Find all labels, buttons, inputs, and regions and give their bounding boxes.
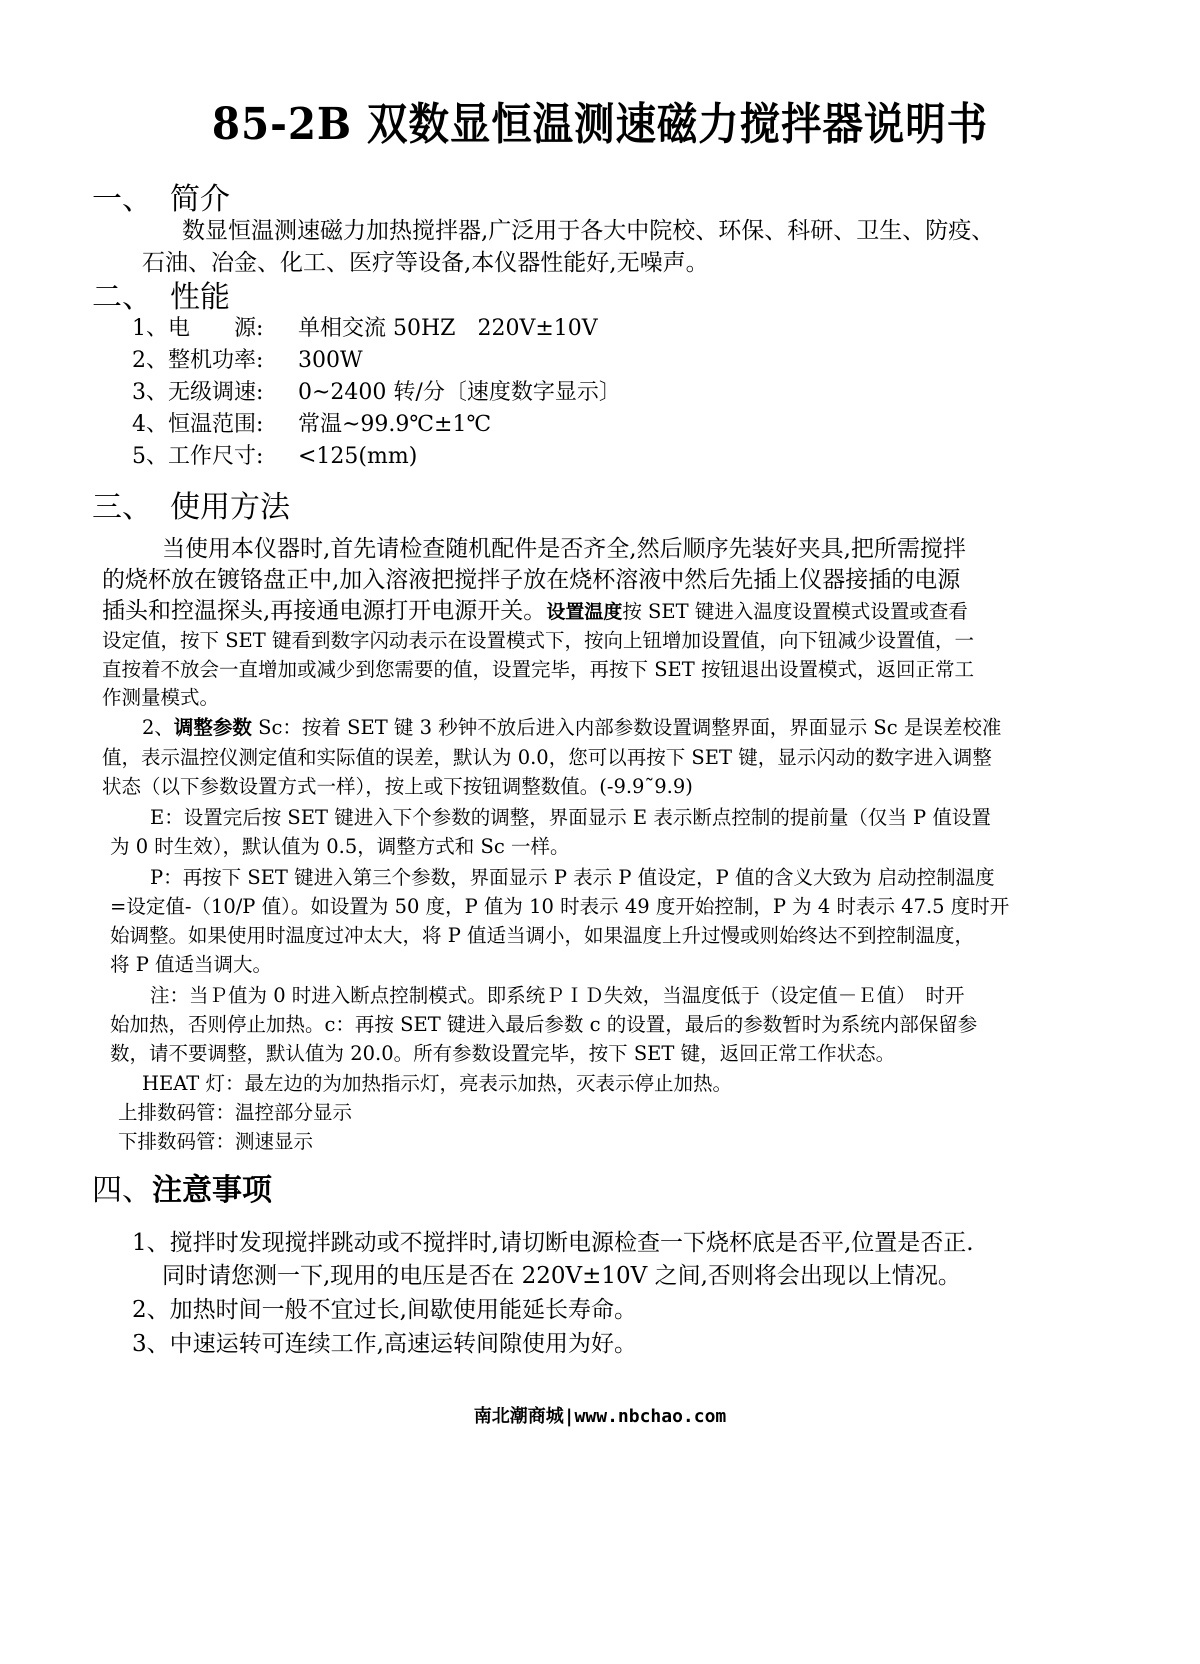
spec-value: <125(mm) [298,444,417,469]
param-e-line-1: E：设置完后按 SET 键进入下个参数的调整，界面显示 E 表示断点控制的提前量… [150,802,991,830]
lower-display-line: 下排数码管：测速显示 [118,1126,313,1154]
spec-value: 常温~99.9℃±1℃ [298,412,491,437]
adjust-params-line-2: 值，表示温控仪测定值和实际值的误差，默认为 0.0，您可以再按下 SET 键，显… [102,742,992,770]
adjust-params-label: 调整参数 [174,716,252,739]
intro-line-1: 数显恒温测速磁力加热搅拌器,广泛用于各大中院校、环保、科研、卫生、防疫、 [182,212,994,245]
spec-row-size: 5、工作尺寸:<125(mm) [132,439,417,470]
spec-row-speed: 3、无级调速:0~2400 转/分〔速度数字显示〕 [132,375,621,406]
usage-line-1: 当使用本仪器时,首先请检查随机配件是否齐全,然后顺序先装好夹具,把所需搅拌 [162,530,966,563]
notes-line-1: 1、搅拌时发现搅拌跳动或不搅拌时,请切断电源检查一下烧杯底是否平,位置是否正. [132,1224,974,1257]
adjust-text: Sc：按着 SET 键 3 秒钟不放后进入内部参数设置调整界面，界面显示 Sc … [252,716,1001,739]
spec-label: 1、电 源: [132,311,298,342]
usage-line-2: 的烧杯放在镀铬盘正中,加入溶液把搅拌子放在烧杯溶液中然后先插上仪器接插的电源 [102,561,960,594]
section-heading-performance: 二、性能 [92,272,230,316]
heat-light-line: HEAT 灯：最左边的为加热指示灯，亮表示加热，灭表示停止加热。 [142,1068,732,1096]
spec-label: 3、无级调速: [132,375,298,406]
section-heading-notes: 四、注意事项 [92,1165,272,1209]
document-title: 85-2B 双数显恒温测速磁力搅拌器说明书 [48,88,1152,152]
usage-line-4: 设定值，按下 SET 键看到数字闪动表示在设置模式下，按向上钮增加设置值，向下钮… [102,625,974,653]
adjust-params-line-1: 2、调整参数 Sc：按着 SET 键 3 秒钟不放后进入内部参数设置调整界面，界… [142,712,1001,740]
section-number: 四、 [92,1173,152,1208]
spec-row-power: 2、整机功率:300W [132,343,363,374]
spec-label: 4、恒温范围: [132,407,298,438]
usage-line-5: 直按着不放会一直增加或减少到您需要的值，设置完毕，再按下 SET 按钮退出设置模… [102,654,974,682]
section-title: 注意事项 [152,1173,272,1208]
spec-label: 2、整机功率: [132,343,298,374]
param-p-line-4: 将 P 值适当调大。 [110,949,272,977]
spec-value: 300W [298,348,363,373]
spec-value: 0~2400 转/分〔速度数字显示〕 [298,380,621,405]
spec-label: 5、工作尺寸: [132,439,298,470]
section-title: 使用方法 [170,490,290,525]
spec-value: 单相交流 50HZ 220V±10V [298,316,598,341]
spec-row-temp-range: 4、恒温范围:常温~99.9℃±1℃ [132,407,491,438]
section-number: 一、 [92,174,170,218]
spec-row-power-supply: 1、电 源:单相交流 50HZ 220V±10V [132,311,598,342]
usage-text: 插头和控温探头,再接通电源打开电源开关。 [102,598,546,624]
usage-line-3: 插头和控温探头,再接通电源打开电源开关。设置温度按 SET 键进入温度设置模式设… [102,592,968,625]
section-number: 二、 [92,272,170,316]
param-e-line-2: 为 0 时生效），默认值为 0.5，调整方式和 Sc 一样。 [110,831,569,859]
param-p-line-2: =设定值-（10/P 值）。如设置为 50 度，P 值为 10 时表示 49 度… [110,891,1009,919]
notes-line-4: 3、中速运转可连续工作,高速运转间隙使用为好。 [132,1325,637,1358]
usage-line-6: 作测量模式。 [102,682,219,710]
param-p-line-3: 始调整。如果使用时温度过冲太大，将 P 值适当调小，如果温度上升过慢或则始终达不… [110,920,974,948]
notes-line-2: 同时请您测一下,现用的电压是否在 220V±10V 之间,否则将会出现以上情况。 [162,1257,961,1290]
param-p-line-1: P：再按下 SET 键进入第三个参数，界面显示 P 表示 P 值设定，P 值的含… [150,862,995,890]
upper-display-line: 上排数码管：温控部分显示 [118,1097,352,1125]
adjust-num: 2、 [142,716,174,739]
note-line-3: 数，请不要调整，默认值为 20.0。所有参数设置完毕，按下 SET 键，返回正常… [110,1038,895,1066]
usage-text: 按 SET 键进入温度设置模式设置或查看 [622,600,968,623]
section-title: 性能 [170,280,230,315]
set-temperature-label: 设置温度 [546,601,622,623]
section-heading-usage: 三、使用方法 [92,482,290,526]
adjust-params-line-3: 状态（以下参数设置方式一样），按上或下按钮调整数值。(-9.9˜9.9) [102,771,693,799]
note-line-2: 始加热，否则停止加热。c：再按 SET 键进入最后参数 c 的设置，最后的参数暂… [110,1009,977,1037]
footer-watermark: 南北潮商城|www.nbchao.com [0,1402,1200,1428]
notes-line-3: 2、加热时间一般不宜过长,间歇使用能延长寿命。 [132,1291,637,1324]
section-number: 三、 [92,482,170,526]
note-line-1: 注：当Ｐ值为 0 时进入断点控制模式。即系统ＰＩＤ失效，当温度低于（设定值－Ｅ值… [150,980,965,1008]
